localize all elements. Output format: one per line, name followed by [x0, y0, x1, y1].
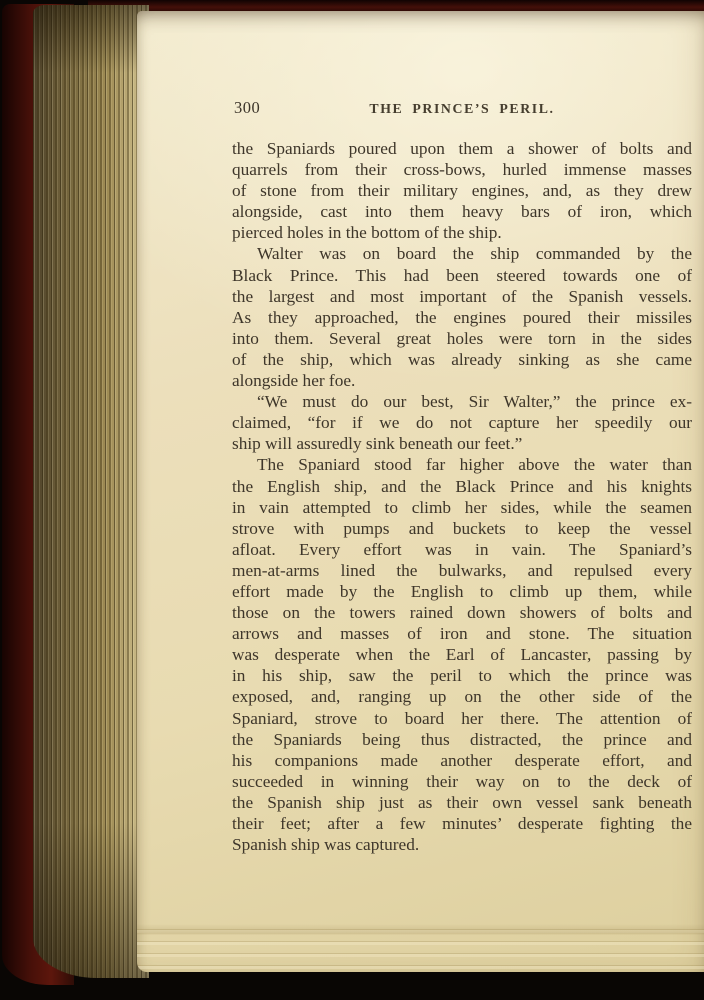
text-line: As they approached, the engines poured t…: [232, 307, 692, 328]
text-line: quarrels from their cross-bows, hurled i…: [232, 159, 692, 180]
text-line: arrows and masses of iron and stone. The…: [232, 623, 692, 644]
text-line: into them. Several great holes were torn…: [232, 328, 692, 349]
text-line: in vain attempted to climb her sides, wh…: [232, 497, 692, 518]
text-line: strove with pumps and buckets to keep th…: [232, 518, 692, 539]
text-line: the largest and most important of the Sp…: [232, 286, 692, 307]
text-line: of stone from their military engines, an…: [232, 180, 692, 201]
page-bottom-edges: [137, 924, 704, 972]
page-text-block: 300 THE PRINCE’S PERIL. the Spaniards po…: [232, 98, 692, 855]
paragraph: the Spaniards poured upon them a shower …: [232, 138, 692, 243]
text-line: Spaniard, strove to board her there. The…: [232, 708, 692, 729]
paragraph: The Spaniard stood far higher above the …: [232, 454, 692, 855]
text-line: “We must do our best, Sir Walter,” the p…: [232, 391, 692, 412]
text-line: ship will assuredly sink beneath our fee…: [232, 433, 692, 454]
book-photo-scene: 300 THE PRINCE’S PERIL. the Spaniards po…: [0, 0, 704, 1000]
text-line: The Spaniard stood far higher above the …: [232, 454, 692, 475]
text-line: their feet; after a few minutes’ despera…: [232, 813, 692, 834]
text-line: Walter was on board the ship commanded b…: [232, 243, 692, 264]
book-page-fore-edges: [33, 5, 149, 978]
text-line: his companions made another desperate ef…: [232, 750, 692, 771]
text-line: the Spanish ship just as their own vesse…: [232, 792, 692, 813]
paragraph: Walter was on board the ship commanded b…: [232, 243, 692, 391]
text-line: claimed, “for if we do not capture her s…: [232, 412, 692, 433]
text-line: effort made by the English to climb up t…: [232, 581, 692, 602]
text-line: afloat. Every effort was in vain. The Sp…: [232, 539, 692, 560]
text-line: of the ship, which was already sinking a…: [232, 349, 692, 370]
book-page: 300 THE PRINCE’S PERIL. the Spaniards po…: [137, 11, 704, 972]
text-line: exposed, and, ranging up on the other si…: [232, 686, 692, 707]
page-header: 300 THE PRINCE’S PERIL.: [232, 98, 692, 120]
text-line: the Spaniards poured upon them a shower …: [232, 138, 692, 159]
text-line: Spanish ship was captured.: [232, 834, 692, 855]
paragraph: “We must do our best, Sir Walter,” the p…: [232, 391, 692, 454]
text-line: pierced holes in the bottom of the ship.: [232, 222, 692, 243]
text-line: alongside her foe.: [232, 370, 692, 391]
text-line: Black Prince. This had been steered towa…: [232, 265, 692, 286]
text-line: those on the towers rained down showers …: [232, 602, 692, 623]
text-line: was desperate when the Earl of Lancaster…: [232, 644, 692, 665]
text-line: succeeded in winning their way on to the…: [232, 771, 692, 792]
running-header: THE PRINCE’S PERIL.: [232, 101, 692, 117]
text-line: the English ship, and the Black Prince a…: [232, 476, 692, 497]
text-line: alongside, cast into them heavy bars of …: [232, 201, 692, 222]
text-line: in his ship, saw the peril to which the …: [232, 665, 692, 686]
text-line: men-at-arms lined the bulwarks, and repu…: [232, 560, 692, 581]
text-line: the Spaniards being thus distracted, the…: [232, 729, 692, 750]
